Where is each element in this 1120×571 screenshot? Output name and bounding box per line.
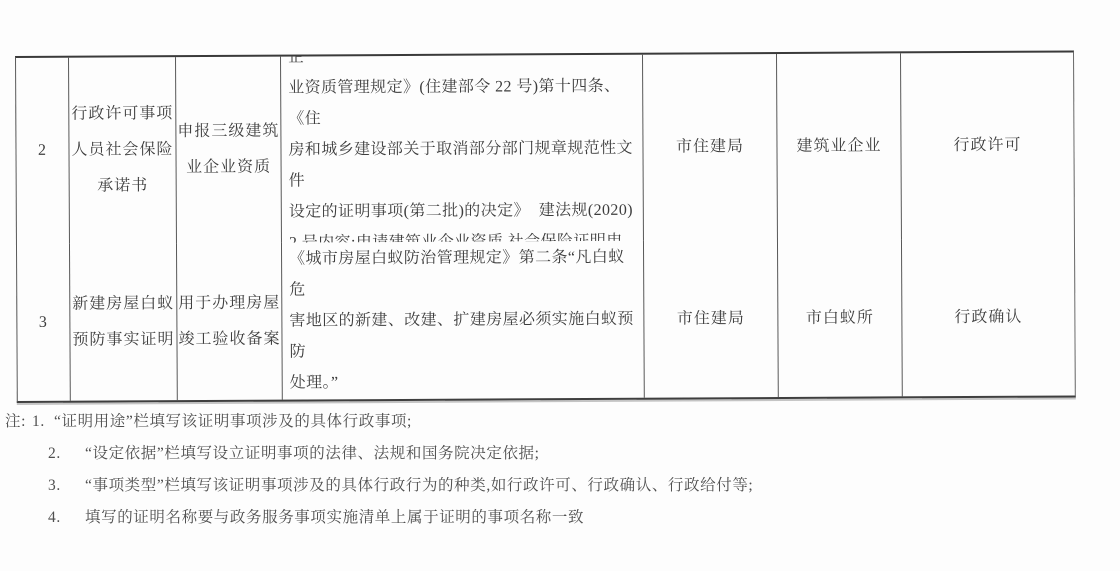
cell-issuing-unit: 市白蚁所 bbox=[778, 239, 903, 397]
cell-certificate-name: 新建房屋白蚁 预防事实证明 bbox=[70, 243, 178, 401]
cell-certificate-name: 行政许可事项 人员社会保险 承诺书 bbox=[69, 57, 177, 244]
cell-issuing-unit: 建筑业企业 bbox=[777, 53, 902, 240]
cell-row-number: 3 bbox=[17, 244, 71, 401]
notes-section: 注: 1. “证明用途”栏填写该证明事项涉及的具体行政事项; 2. “设定依据”… bbox=[0, 410, 1110, 538]
cell-setting-basis: 《城市房屋白蚁防治管理规定》第二条“凡白蚁危 害地区的新建、改建、扩建房屋必须实… bbox=[282, 241, 645, 400]
cell-competent-department: 市住建局 bbox=[643, 54, 778, 241]
note-line: 4. 填写的证明名称要与政务服务事项实施清单上属于证明的事项名称一致 bbox=[0, 506, 1110, 529]
note-number: 1. bbox=[32, 410, 54, 433]
note-text: 填写的证明名称要与政务服务事项实施清单上属于证明的事项名称一致 bbox=[85, 506, 584, 529]
cell-item-type: 行政许可 bbox=[901, 52, 1074, 239]
note-line: 2. “设定依据”栏填写设立证明事项的法律、法规和国务院决定依据; bbox=[0, 442, 1110, 465]
cell-certificate-purpose: 申报三级建筑 业企业资质 bbox=[176, 57, 282, 244]
cell-setting-basis: 《中华人民共和国建筑法》第十三条、《建筑业企 业资质管理规定》(住建部令 22 … bbox=[281, 55, 644, 243]
note-prefix: 注: bbox=[5, 410, 32, 433]
note-line: 3. “事项类型”栏填写该证明事项涉及的具体行政行为的种类,如行政许可、行政确认… bbox=[0, 474, 1110, 497]
cell-certificate-purpose: 用于办理房屋 竣工验收备案 bbox=[177, 243, 283, 401]
note-text: “设定依据”栏填写设立证明事项的法律、法规和国务院决定依据; bbox=[85, 442, 540, 465]
note-text: “证明用途”栏填写该证明事项涉及的具体行政事项; bbox=[54, 410, 412, 433]
note-number: 3. bbox=[48, 474, 85, 497]
cell-row-number: 2 bbox=[16, 58, 70, 244]
document-page: 2 行政许可事项 人员社会保险 承诺书 申报三级建筑 业企业资质 《中华人民共和… bbox=[0, 0, 1120, 571]
note-number: 2. bbox=[48, 442, 85, 465]
cell-competent-department: 市住建局 bbox=[644, 240, 779, 398]
note-text: “事项类型”栏填写该证明事项涉及的具体行政行为的种类,如行政许可、行政确认、行政… bbox=[85, 474, 753, 497]
note-line: 注: 1. “证明用途”栏填写该证明事项涉及的具体行政事项; bbox=[0, 410, 1110, 433]
cell-item-type: 行政确认 bbox=[902, 238, 1075, 396]
note-number: 4. bbox=[48, 506, 85, 529]
certificate-items-table: 2 行政许可事项 人员社会保险 承诺书 申报三级建筑 业企业资质 《中华人民共和… bbox=[15, 50, 1076, 403]
